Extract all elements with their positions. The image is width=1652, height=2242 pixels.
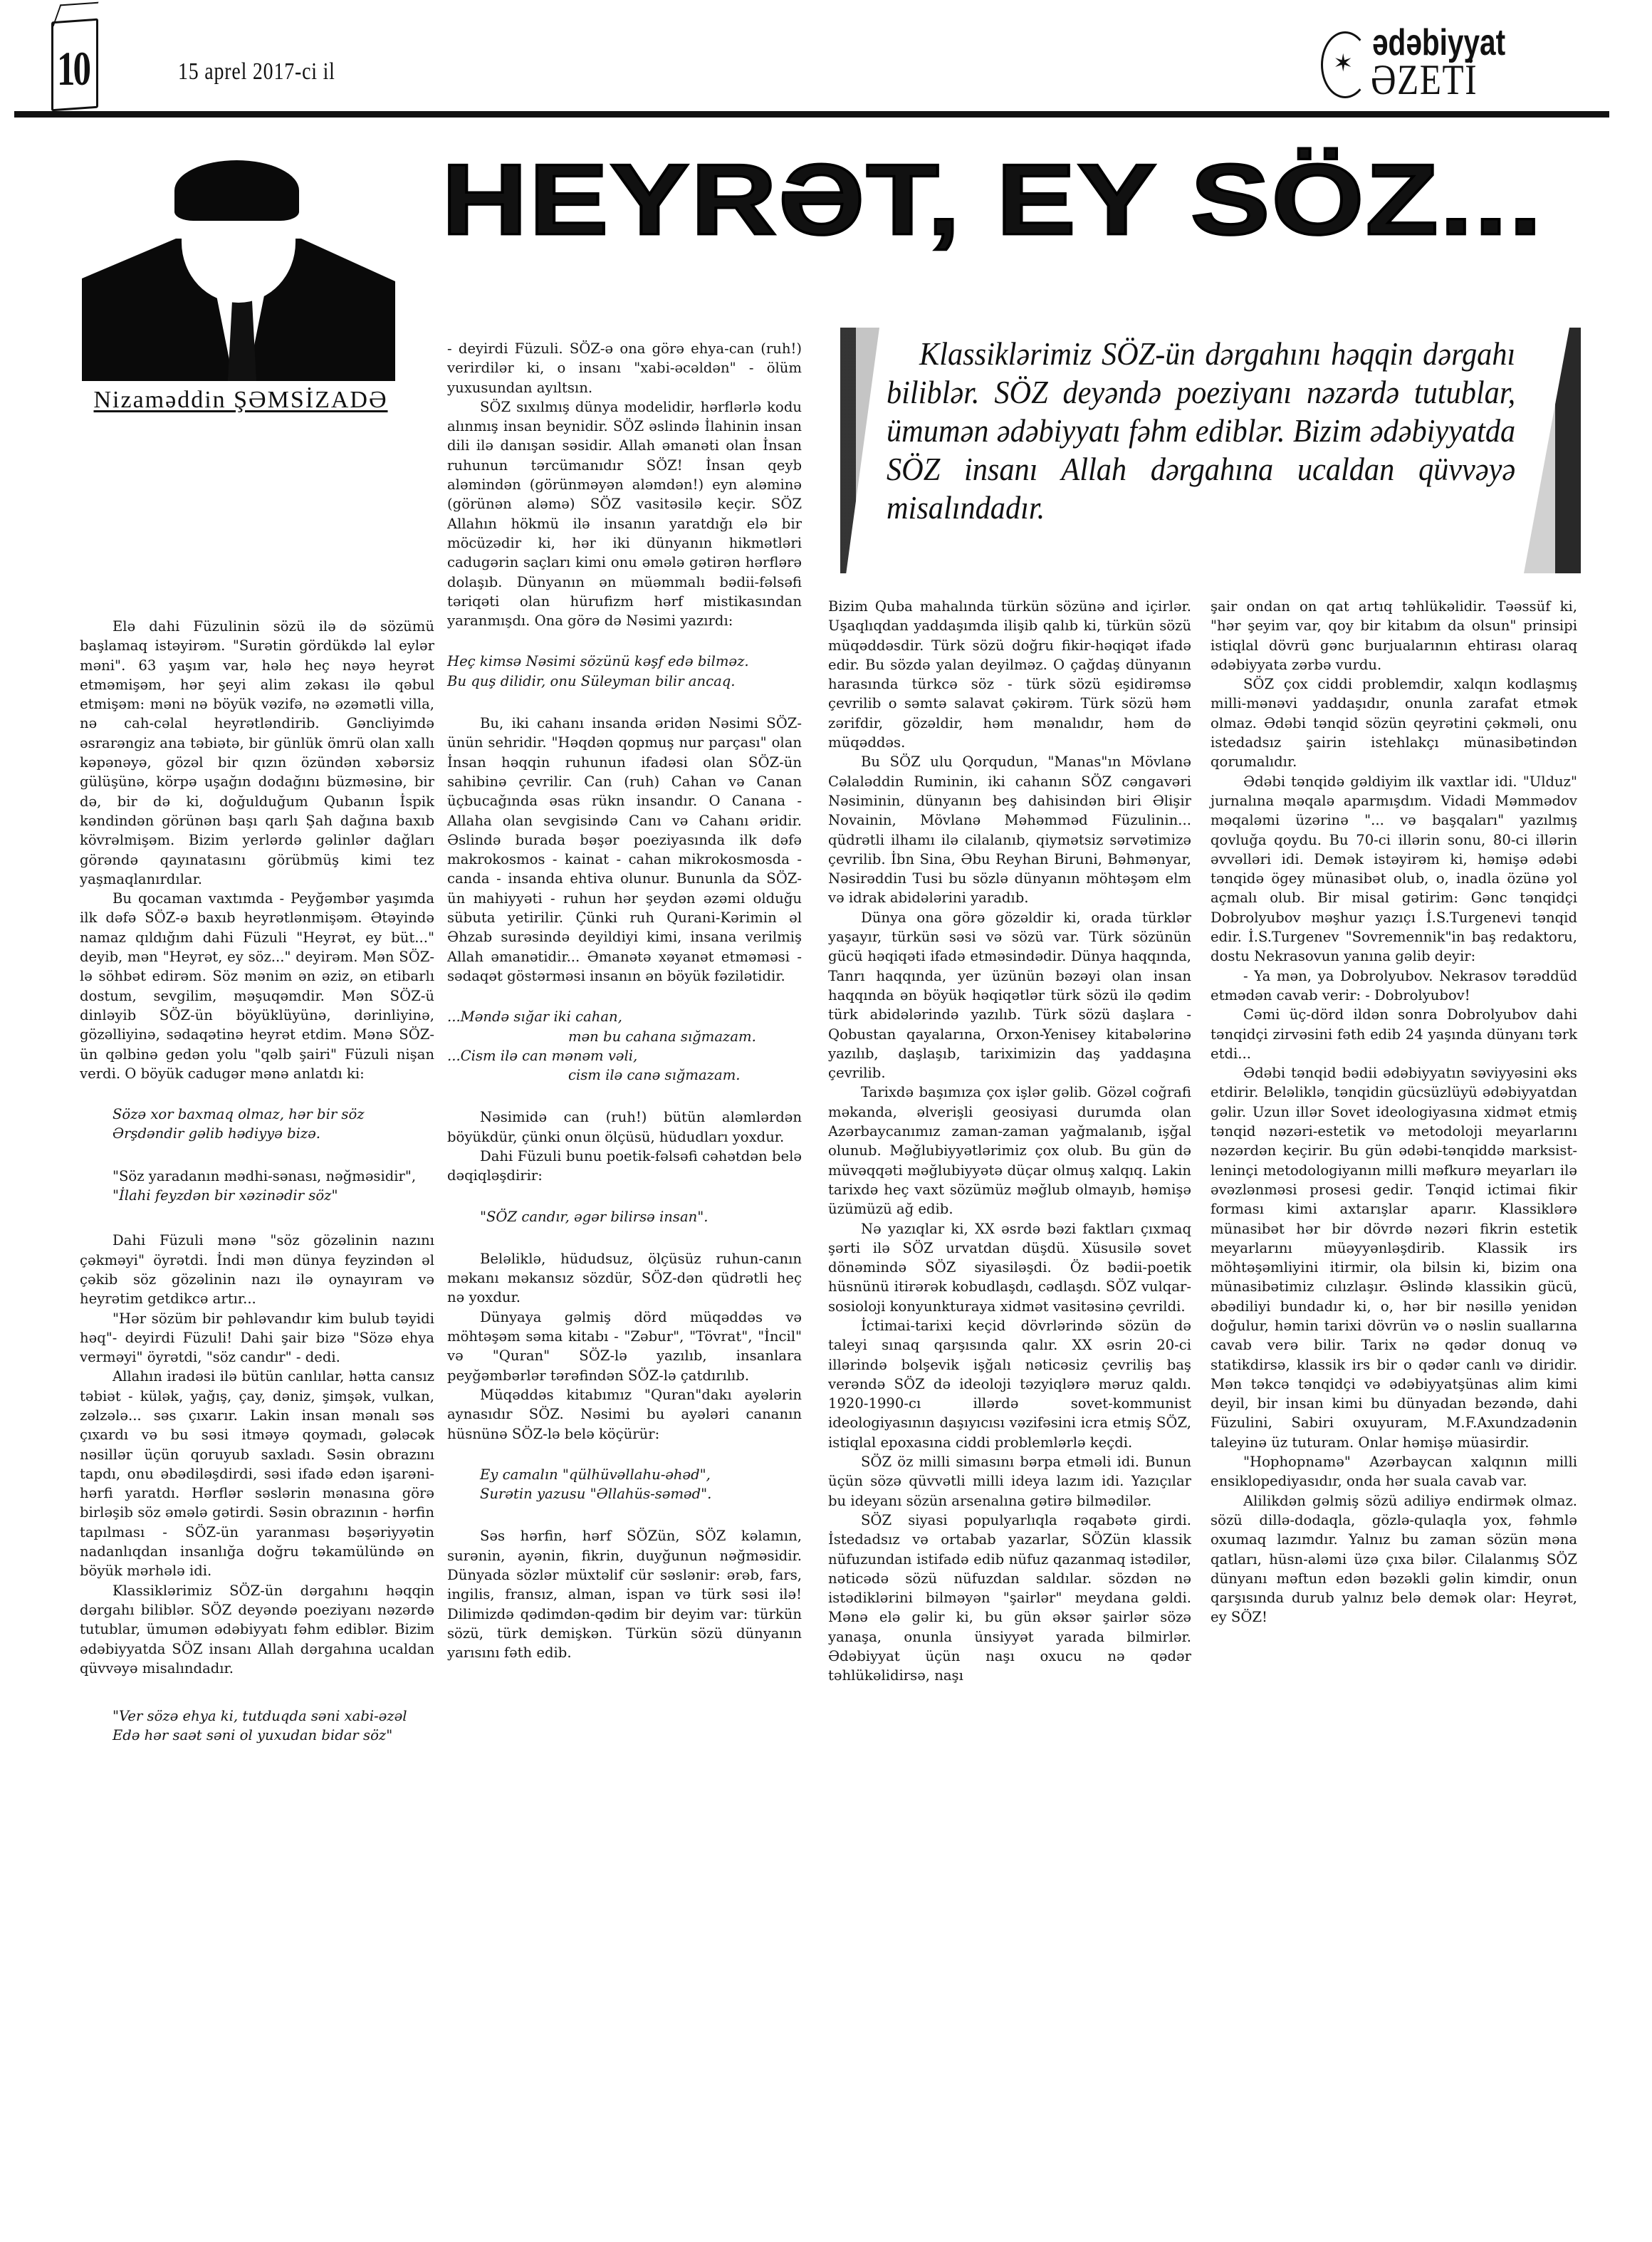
- paragraph: "Hər sözüm bir pəhləvandır kim bulub təy…: [80, 1309, 434, 1367]
- paragraph: - deyirdi Füzuli. SÖZ-ə ona görə ehya-ca…: [447, 339, 802, 397]
- paragraph: İctimai-tarixi keçid dövrlərində sözün d…: [828, 1316, 1191, 1452]
- paragraph: Tarixdə başımıza çox işlər gəlib. Gözəl …: [828, 1083, 1191, 1219]
- paragraph: Bu, iki cahanı insanda əridən Nəsimi SÖZ…: [447, 714, 802, 986]
- article-column-3: Bizim Quba mahalında türkün sözünə and i…: [828, 597, 1191, 1686]
- verse-line: Bu quş dilidir, onu Süleyman bilir ancaq…: [447, 672, 802, 691]
- verse-quote: "Ver sözə ehya ki, tutduqda səni xabi-əz…: [80, 1706, 434, 1746]
- paragraph: şair ondan on qat artıq təhlükəlidir. Tə…: [1211, 597, 1577, 674]
- verse-line: ...Məndə sığar iki cahan,: [447, 1007, 802, 1026]
- header-rule: [14, 111, 1609, 118]
- paragraph: Ədəbi tənqidə gəldiyim ilk vaxtlar idi. …: [1211, 772, 1577, 966]
- masthead-logo: ədəbiyyat ƏZETİ: [1321, 21, 1591, 100]
- paragraph: SÖZ siyasi populyarlıqla rəqabətə girdi.…: [828, 1511, 1191, 1686]
- paragraph: - Ya mən, ya Dobrolyubov. Nekrasov tərəd…: [1211, 966, 1577, 1006]
- article-column-4: şair ondan on qat artıq təhlükəlidir. Tə…: [1211, 597, 1577, 1627]
- verse-line: Heç kimsə Nəsimi sözünü kəşf edə bilməz.: [447, 652, 802, 671]
- verse-line: "Ver sözə ehya ki, tutduqda səni xabi-əz…: [80, 1706, 434, 1726]
- verse-quote: Ey camalın "qülhüvəllahu-əhəd", Surətin …: [447, 1465, 802, 1504]
- paragraph: Ədəbi tənqid bədii ədəbiyyatın səviyyəsi…: [1211, 1063, 1577, 1452]
- paragraph: Bu SÖZ ulu Qorqudun, "Manas"ın Mövlanə C…: [828, 752, 1191, 907]
- masthead-line2: ƏZETİ: [1371, 58, 1478, 101]
- verse-quote: Heç kimsə Nəsimi sözünü kəşf edə bilməz.…: [447, 652, 802, 691]
- pull-quote-text: Klassiklərimiz SÖZ-ün dərgahını həqqin d…: [887, 335, 1515, 527]
- verse-quote: Sözə xor baxmaq olmaz, hər bir söz Ərşdə…: [80, 1105, 434, 1144]
- verse-line: Ey camalın "qülhüvəllahu-əhəd",: [447, 1465, 802, 1484]
- decorative-wedge-left: [840, 328, 879, 573]
- paragraph: Dünyaya gəlmiş dörd müqəddəs və möhtəşəm…: [447, 1308, 802, 1385]
- paragraph: Səs hərfin, hərf SÖZün, SÖZ kəlamın, sur…: [447, 1526, 802, 1662]
- paragraph: Bizim Quba mahalında türkün sözünə and i…: [828, 597, 1191, 752]
- verse-quote: "SÖZ candır, əgər bilirsə insan".: [447, 1207, 802, 1226]
- paragraph: Nə yazıqlar ki, XX əsrdə bəzi faktları ç…: [828, 1219, 1191, 1316]
- paragraph: Bu qocaman vaxtımda - Peyğəmbər yaşımda …: [80, 889, 434, 1083]
- pull-quote-box: Klassiklərimiz SÖZ-ün dərgahını həqqin d…: [819, 328, 1602, 573]
- paragraph: Dünya ona görə gözəldir ki, orada türklə…: [828, 908, 1191, 1083]
- verse-line: cism ilə canə sığmazam.: [447, 1065, 802, 1085]
- paragraph: Dahi Füzuli mənə "söz gözəlinin nazını ç…: [80, 1231, 434, 1308]
- issue-date: 15 aprel 2017-ci il: [178, 58, 335, 85]
- emblem-icon: [1321, 31, 1369, 98]
- paragraph: Allahın iradəsi ilə bütün canlılar, hətt…: [80, 1367, 434, 1580]
- decorative-wedge-right: [1524, 328, 1581, 573]
- paragraph: Müqəddəs kitabımız "Quran"dakı ayələrin …: [447, 1385, 802, 1444]
- paragraph: "Söz yaradanın mədhi-sənası, nəğməsidir"…: [80, 1167, 434, 1186]
- paragraph: SÖZ öz milli simasını bərpa etməli idi. …: [828, 1452, 1191, 1511]
- verse-line: Ərşdəndir gəlib hədiyyə bizə.: [80, 1124, 434, 1143]
- author-byline: Nizaməddin ŞƏMSİZADƏ: [84, 387, 397, 414]
- paragraph: "Hophopnamə" Azərbaycan xalqının milli e…: [1211, 1452, 1577, 1491]
- author-photo: [82, 146, 395, 381]
- paragraph: Alilikdən gəlmiş sözü adiliyə endirmək o…: [1211, 1491, 1577, 1627]
- verse-line: ...Cism ilə can mənəm vəli,: [447, 1046, 802, 1065]
- paragraph: Klassiklərimiz SÖZ-ün dərgahını həqqin d…: [80, 1581, 434, 1678]
- paragraph: SÖZ çox ciddi problemdir, xalqın kodlaşm…: [1211, 674, 1577, 771]
- paragraph: Dahi Füzuli bunu poetik-fəlsəfi cəhətdən…: [447, 1147, 802, 1186]
- verse-line: mən bu cahana sığmazam.: [447, 1027, 802, 1046]
- verse-line: "SÖZ candır, əgər bilirsə insan".: [447, 1207, 802, 1226]
- paragraph: Beləliklə, hüdudsuz, ölçüsüz ruhun-canın…: [447, 1249, 802, 1308]
- quote-line: "İlahi feyzdən bir xəzinədir söz": [80, 1186, 434, 1205]
- article-column-2: - deyirdi Füzuli. SÖZ-ə ona görə ehya-ca…: [447, 339, 802, 1663]
- article-column-1: Elə dahi Füzulinin sözü ilə də sözümü ba…: [80, 617, 434, 1768]
- verse-line: Sözə xor baxmaq olmaz, hər bir söz: [80, 1105, 434, 1124]
- verse-quote: ...Məndə sığar iki cahan, mən bu cahana …: [447, 1007, 802, 1085]
- paragraph: Nəsimidə can (ruh!) bütün aləmlərdən böy…: [447, 1107, 802, 1147]
- verse-line: Edə hər saət səni ol yuxudan bidar söz": [80, 1726, 434, 1745]
- paragraph: Elə dahi Füzulinin sözü ilə də sözümü ba…: [80, 617, 434, 889]
- verse-line: Surətin yazusu "Əllahüs-səməd".: [447, 1484, 802, 1503]
- article-headline: HEYRƏT, EY SÖZ...: [441, 150, 1543, 250]
- page-number: 10: [57, 44, 89, 93]
- paragraph: Cəmi üç-dörd ildən sonra Dobrolyubov dah…: [1211, 1005, 1577, 1063]
- paragraph: SÖZ sıxılmış dünya modelidir, hərflərlə …: [447, 397, 802, 631]
